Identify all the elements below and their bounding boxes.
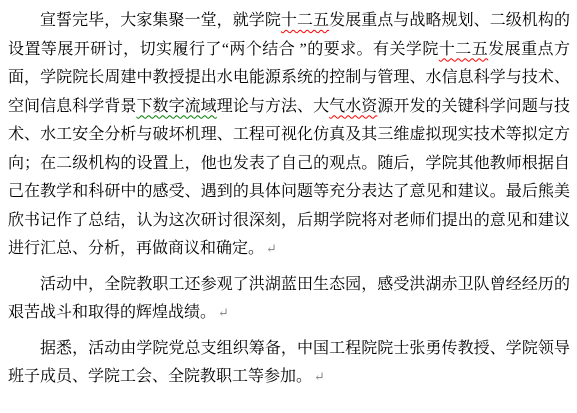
text-run: 源开发的关键科学问题与技术、水工安全分析与破坏机理、工程可视化仿真及其三维虚拟现… [8,98,570,258]
text-run: 理论与方法、大 [217,98,329,115]
paragraph-3[interactable]: 据悉，活动由学院党总支组织筹备，中国工程院院士张勇传教授、学院领导班子成员、学院… [8,335,570,392]
text-run: 据悉，活动由学院党总支组织筹备，中国工程院院士张勇传教授、学院领导班子成员、学院… [8,340,570,386]
text-run: 宣誓完毕，大家集聚一堂，就学院 [40,12,281,29]
paragraph-2[interactable]: 活动中，全院教职工还参观了洪湖蓝田生态园，感受洪湖赤卫队曾经经历的艰苦战斗和取得… [8,271,570,328]
document-page: 宣誓完毕，大家集聚一堂，就学院十二五发展重点与战略规划、二级机构的设置等展开研讨… [0,0,577,413]
text-run-grammar-squiggle: 下数字流域 [136,98,216,115]
paragraph-mark-icon: ↵ [264,241,277,256]
text-run-spelling-squiggle: 气水资 [329,98,377,115]
text-run: 活动中，全院教职工还参观了洪湖蓝田生态园，感受洪湖赤卫队曾经经历的艰苦战斗和取得… [8,276,570,322]
paragraph-1[interactable]: 宣誓完毕，大家集聚一堂，就学院十二五发展重点与战略规划、二级机构的设置等展开研讨… [8,7,570,264]
text-run-spelling-squiggle: 十二五 [439,41,488,58]
document-text-area[interactable]: 宣誓完毕，大家集聚一堂，就学院十二五发展重点与战略规划、二级机构的设置等展开研讨… [8,7,570,392]
paragraph-mark-icon: ↵ [312,369,325,384]
paragraph-mark-icon: ↵ [216,305,229,320]
text-run-spelling-squiggle: 十二五 [281,12,329,29]
